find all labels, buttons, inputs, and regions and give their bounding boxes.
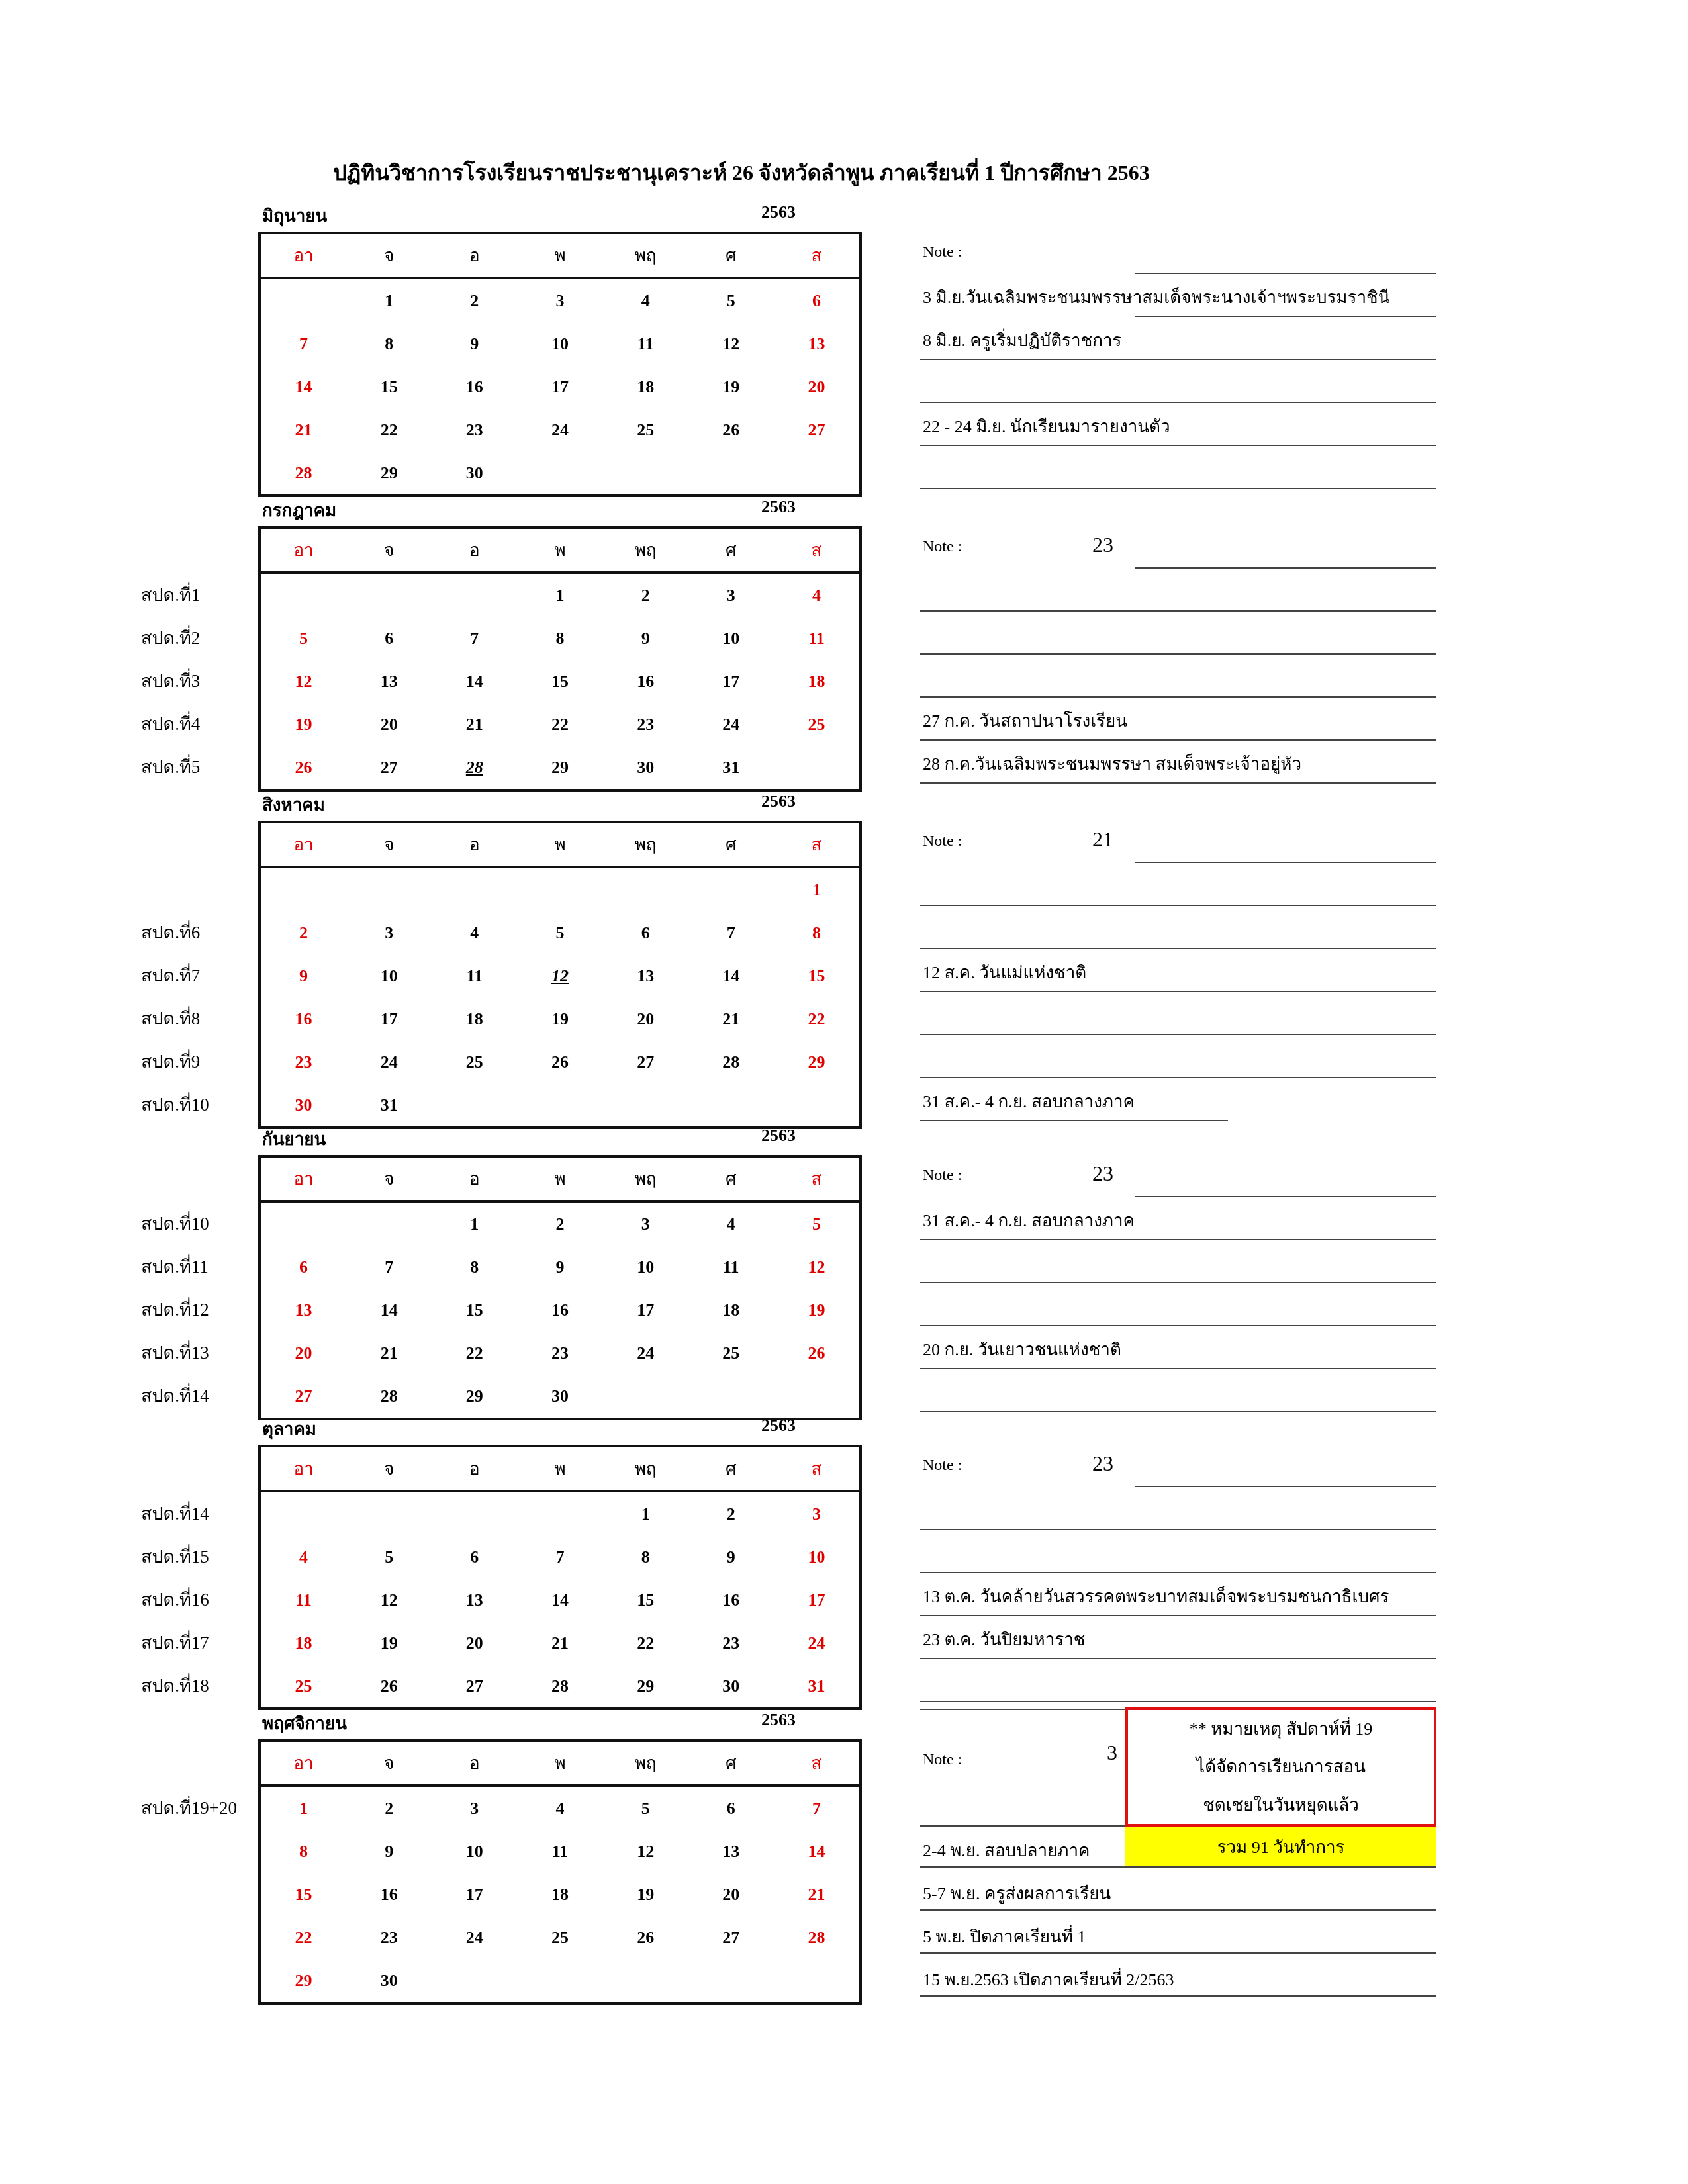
day-cell[interactable]: 5	[517, 911, 602, 954]
day-cell[interactable]: 26	[774, 1332, 859, 1375]
empty-cell	[688, 1083, 774, 1126]
day-cell[interactable]: 6	[774, 279, 859, 322]
day-cell[interactable]: 29	[517, 746, 602, 789]
day-cell[interactable]: 10	[346, 954, 432, 997]
day-cell[interactable]: 23	[346, 1916, 432, 1959]
day-cell[interactable]: 3	[603, 1203, 688, 1246]
month-calendar-5: อาจอพพฤศส1234567891011121314151617181920…	[258, 1445, 862, 1710]
day-cell[interactable]: 15	[517, 660, 602, 703]
total-working-days: รวม 91 วันทำการ	[1125, 1827, 1436, 1868]
weekday-label: จ	[346, 1158, 432, 1200]
week-number-label: สปด.ที่3	[141, 666, 200, 695]
day-cell[interactable]: 4	[603, 279, 688, 322]
empty-cell	[261, 1203, 346, 1246]
empty-cell	[774, 746, 859, 789]
week-row: 123456	[261, 279, 859, 322]
day-cell[interactable]: 28	[261, 451, 346, 494]
empty-cell	[432, 574, 517, 617]
weekday-label: พฤ	[603, 1158, 688, 1200]
day-cell[interactable]: 2	[603, 574, 688, 617]
day-cell[interactable]: 7	[688, 911, 774, 954]
week-row: 12345	[261, 1203, 859, 1246]
empty-cell	[774, 1959, 859, 2002]
day-cell[interactable]: 28	[517, 1664, 602, 1707]
empty-cell	[688, 1959, 774, 2002]
day-cell[interactable]: 17	[517, 365, 602, 408]
note-label: Note :	[923, 1457, 962, 1475]
note-entry: 22 - 24 มิ.ย. นักเรียนมารายงานตัว	[923, 413, 1170, 440]
day-cell[interactable]: 31	[346, 1083, 432, 1126]
note-entry: 8 มิ.ย. ครูเริ่มปฏิบัติราชการ	[923, 327, 1122, 354]
day-cell[interactable]: 27	[346, 746, 432, 789]
day-cell[interactable]: 31	[688, 746, 774, 789]
note-label: Note :	[923, 1167, 962, 1185]
note-entry: 3 มิ.ย.วันเฉลิมพระชนมพรรษาสมเด็จพระนางเจ…	[923, 284, 1389, 311]
day-cell[interactable]: 10	[432, 1830, 517, 1873]
note-rule	[920, 1825, 1125, 1827]
remark-line: ได้จัดการเรียนการสอน	[1196, 1753, 1366, 1780]
day-cell[interactable]: 16	[346, 1873, 432, 1916]
day-cell[interactable]: 5	[603, 1787, 688, 1830]
day-cell[interactable]: 8	[261, 1830, 346, 1873]
day-cell[interactable]: 22	[774, 997, 859, 1040]
weekday-label: อา	[261, 1742, 346, 1784]
weekday-label: ส	[774, 234, 859, 277]
day-cell[interactable]: 21	[774, 1873, 859, 1916]
weekday-label: อ	[432, 1158, 517, 1200]
month-name: ตุลาคม	[262, 1416, 316, 1443]
day-cell[interactable]: 24	[432, 1916, 517, 1959]
day-cell[interactable]: 21	[517, 1621, 602, 1664]
weekday-header: อาจอพพฤศส	[261, 823, 859, 868]
day-cell[interactable]: 17	[346, 997, 432, 1040]
day-cell[interactable]: 15	[603, 1578, 688, 1621]
day-cell[interactable]: 4	[688, 1203, 774, 1246]
day-cell[interactable]: 21	[688, 997, 774, 1040]
day-cell[interactable]: 24	[346, 1040, 432, 1083]
weekday-header: อาจอพพฤศส	[261, 234, 859, 279]
day-cell[interactable]: 30	[688, 1664, 774, 1707]
empty-cell	[346, 574, 432, 617]
day-cell[interactable]: 2	[432, 279, 517, 322]
day-cell[interactable]: 16	[261, 997, 346, 1040]
note-rule	[920, 1615, 1436, 1616]
day-cell[interactable]: 18	[517, 1873, 602, 1916]
day-cell[interactable]: 19	[346, 1621, 432, 1664]
day-cell[interactable]: 10	[774, 1535, 859, 1578]
day-cell[interactable]: 17	[603, 1289, 688, 1332]
day-cell[interactable]: 1	[261, 1787, 346, 1830]
weekday-label: จ	[346, 823, 432, 866]
day-cell[interactable]: 12	[688, 322, 774, 365]
month-name: พฤศจิกายน	[262, 1710, 347, 1737]
day-cell[interactable]: 6	[603, 911, 688, 954]
day-cell[interactable]: 12	[261, 660, 346, 703]
week-row: 25262728293031	[261, 1664, 859, 1707]
month-calendar-3: อาจอพพฤศส1234567891011121314151617181920…	[258, 821, 862, 1129]
day-cell[interactable]: 27	[774, 408, 859, 451]
weekday-label: พ	[517, 234, 602, 277]
remark-line: ** หมายเหตุ สัปดาห์ที่ 19	[1190, 1715, 1373, 1743]
week-row: 1	[261, 868, 859, 911]
note-rule	[1135, 316, 1436, 317]
empty-cell	[261, 574, 346, 617]
note-rule	[920, 1709, 1125, 1710]
weekday-label: พฤ	[603, 823, 688, 866]
day-cell[interactable]: 24	[603, 1332, 688, 1375]
month-year: 2563	[761, 1710, 796, 1730]
day-cell[interactable]: 4	[261, 1535, 346, 1578]
note-entry: 23 ต.ค. วันปิยมหาราช	[923, 1626, 1085, 1653]
weekday-label: อ	[432, 529, 517, 571]
day-cell[interactable]: 6	[688, 1787, 774, 1830]
month-name: มิถุนายน	[262, 203, 327, 230]
day-cell[interactable]: 27	[688, 1916, 774, 1959]
week-row: 9101112131415	[261, 954, 859, 997]
day-cell[interactable]: 11	[261, 1578, 346, 1621]
note-rule	[1135, 1196, 1436, 1197]
day-cell[interactable]: 16	[517, 1289, 602, 1332]
day-cell[interactable]: 22	[346, 408, 432, 451]
note-rule	[920, 1658, 1436, 1659]
week-row: 27282930	[261, 1375, 859, 1418]
week-row: 45678910	[261, 1535, 859, 1578]
day-cell[interactable]: 8	[774, 911, 859, 954]
day-cell[interactable]: 9	[603, 617, 688, 660]
note-rule	[920, 739, 1436, 741]
day-cell[interactable]: 29	[346, 451, 432, 494]
working-days-count: 23	[1092, 1451, 1113, 1476]
day-cell[interactable]: 7	[517, 1535, 602, 1578]
weekday-header: อาจอพพฤศส	[261, 1447, 859, 1492]
note-rule	[920, 445, 1436, 446]
day-cell[interactable]: 18	[688, 1289, 774, 1332]
month-year: 2563	[761, 792, 796, 811]
day-cell[interactable]: 11	[517, 1830, 602, 1873]
day-cell[interactable]: 7	[346, 1246, 432, 1289]
day-cell[interactable]: 9	[517, 1246, 602, 1289]
day-cell[interactable]: 3	[432, 1787, 517, 1830]
day-cell[interactable]: 2	[517, 1203, 602, 1246]
day-cell[interactable]: 23	[603, 703, 688, 746]
day-cell[interactable]: 24	[774, 1621, 859, 1664]
day-cell[interactable]: 7	[432, 617, 517, 660]
day-cell[interactable]: 16	[688, 1578, 774, 1621]
note-rule	[920, 610, 1436, 612]
day-cell[interactable]: 30	[261, 1083, 346, 1126]
day-cell[interactable]: 29	[603, 1664, 688, 1707]
day-cell[interactable]: 18	[261, 1621, 346, 1664]
day-cell[interactable]: 3	[517, 279, 602, 322]
day-cell[interactable]: 5	[688, 279, 774, 322]
day-cell[interactable]: 22	[261, 1916, 346, 1959]
note-rule	[920, 1239, 1436, 1240]
weekday-label: อ	[432, 823, 517, 866]
day-cell[interactable]: 28	[432, 746, 517, 789]
day-cell[interactable]: 13	[432, 1578, 517, 1621]
note-rule	[920, 991, 1436, 992]
day-cell[interactable]: 23	[261, 1040, 346, 1083]
day-cell[interactable]: 9	[346, 1830, 432, 1873]
day-cell[interactable]: 2	[346, 1787, 432, 1830]
week-number-label: สปด.ที่14	[141, 1381, 209, 1410]
day-cell[interactable]: 19	[603, 1873, 688, 1916]
week-row: 2345678	[261, 911, 859, 954]
day-cell[interactable]: 10	[688, 617, 774, 660]
day-cell[interactable]: 20	[261, 1332, 346, 1375]
empty-cell	[517, 1492, 602, 1535]
week-number-label: สปด.ที่8	[141, 1004, 200, 1032]
weekday-label: ศ	[688, 234, 774, 277]
week-row: 11121314151617	[261, 1578, 859, 1621]
day-cell[interactable]: 14	[688, 954, 774, 997]
weekday-header: อาจอพพฤศส	[261, 529, 859, 574]
day-cell[interactable]: 23	[432, 408, 517, 451]
week-row: 1234567	[261, 1787, 859, 1830]
month-year: 2563	[761, 497, 796, 517]
month-name: สิงหาคม	[262, 792, 325, 819]
day-cell[interactable]: 9	[688, 1535, 774, 1578]
day-cell[interactable]: 1	[346, 279, 432, 322]
day-cell[interactable]: 1	[603, 1492, 688, 1535]
note-rule	[920, 1701, 1436, 1702]
weekday-label: ส	[774, 1158, 859, 1200]
working-days-count: 3	[1107, 1741, 1117, 1765]
day-cell[interactable]: 23	[517, 1332, 602, 1375]
day-cell[interactable]: 30	[603, 746, 688, 789]
day-cell[interactable]: 27	[603, 1040, 688, 1083]
day-cell[interactable]: 11	[688, 1246, 774, 1289]
day-cell[interactable]: 2	[688, 1492, 774, 1535]
day-cell[interactable]: 5	[346, 1535, 432, 1578]
note-rule	[920, 359, 1436, 360]
weekday-label: พ	[517, 823, 602, 866]
remark-box: ** หมายเหตุ สัปดาห์ที่ 19ได้จัดการเรียนก…	[1125, 1707, 1436, 1827]
note-rule	[920, 1866, 1436, 1868]
day-cell[interactable]: 29	[261, 1959, 346, 2002]
day-cell[interactable]: 14	[261, 365, 346, 408]
week-number-label: สปด.ที่13	[141, 1338, 209, 1367]
day-cell[interactable]: 13	[688, 1830, 774, 1873]
day-cell[interactable]: 18	[774, 660, 859, 703]
day-cell[interactable]: 8	[432, 1246, 517, 1289]
day-cell[interactable]: 20	[774, 365, 859, 408]
day-cell[interactable]: 3	[688, 574, 774, 617]
day-cell[interactable]: 28	[346, 1375, 432, 1418]
day-cell[interactable]: 26	[603, 1916, 688, 1959]
week-number-label: สปด.ที่12	[141, 1295, 209, 1324]
day-cell[interactable]: 18	[603, 365, 688, 408]
week-number-label: สปด.ที่17	[141, 1628, 209, 1657]
day-cell[interactable]: 28	[688, 1040, 774, 1083]
week-number-label: สปด.ที่1	[141, 580, 200, 609]
day-cell[interactable]: 25	[432, 1040, 517, 1083]
day-cell[interactable]: 20	[603, 997, 688, 1040]
empty-cell	[346, 1203, 432, 1246]
day-cell[interactable]: 19	[517, 997, 602, 1040]
day-cell[interactable]: 20	[432, 1621, 517, 1664]
day-cell[interactable]: 25	[517, 1916, 602, 1959]
day-cell[interactable]: 27	[432, 1664, 517, 1707]
day-cell[interactable]: 11	[432, 954, 517, 997]
day-cell[interactable]: 8	[346, 322, 432, 365]
day-cell[interactable]: 6	[432, 1535, 517, 1578]
day-cell[interactable]: 21	[432, 703, 517, 746]
day-cell[interactable]: 11	[603, 322, 688, 365]
day-cell[interactable]: 26	[517, 1040, 602, 1083]
day-cell[interactable]: 12	[517, 954, 602, 997]
day-cell[interactable]: 8	[603, 1535, 688, 1578]
day-cell[interactable]: 12	[774, 1246, 859, 1289]
week-row: 567891011	[261, 617, 859, 660]
day-cell[interactable]: 11	[774, 617, 859, 660]
empty-cell	[603, 1083, 688, 1126]
day-cell[interactable]: 20	[688, 1873, 774, 1916]
day-cell[interactable]: 15	[346, 365, 432, 408]
month-calendar-6: อาจอพพฤศส1234567891011121314151617181920…	[258, 1739, 862, 2005]
note-entry: 12 ส.ค. วันแม่แห่งชาติ	[923, 959, 1086, 986]
day-cell[interactable]: 26	[346, 1664, 432, 1707]
week-row: 3031	[261, 1083, 859, 1126]
day-cell[interactable]: 30	[432, 451, 517, 494]
day-cell[interactable]: 4	[432, 911, 517, 954]
day-cell[interactable]: 21	[346, 1332, 432, 1375]
day-cell[interactable]: 17	[774, 1578, 859, 1621]
empty-cell	[688, 868, 774, 911]
day-cell[interactable]: 26	[261, 746, 346, 789]
day-cell[interactable]: 5	[774, 1203, 859, 1246]
day-cell[interactable]: 5	[261, 617, 346, 660]
weekday-label: พ	[517, 529, 602, 571]
day-cell[interactable]: 30	[517, 1375, 602, 1418]
day-cell[interactable]: 8	[517, 617, 602, 660]
day-cell[interactable]: 13	[346, 660, 432, 703]
day-cell[interactable]: 15	[774, 954, 859, 997]
day-cell[interactable]: 13	[261, 1289, 346, 1332]
day-cell[interactable]: 18	[432, 997, 517, 1040]
note-rule	[920, 1034, 1436, 1035]
note-rule	[920, 1529, 1436, 1530]
day-cell[interactable]: 19	[261, 703, 346, 746]
day-cell[interactable]: 4	[774, 574, 859, 617]
day-cell[interactable]: 14	[774, 1830, 859, 1873]
day-cell[interactable]: 23	[688, 1621, 774, 1664]
day-cell[interactable]: 24	[688, 703, 774, 746]
note-entry: 13 ต.ค. วันคล้ายวันสวรรคตพระบาทสมเด็จพระ…	[923, 1583, 1389, 1610]
note-rule	[920, 1282, 1436, 1283]
day-cell[interactable]: 14	[517, 1578, 602, 1621]
day-cell[interactable]: 31	[774, 1664, 859, 1707]
weekday-label: ศ	[688, 1742, 774, 1784]
day-cell[interactable]: 6	[261, 1246, 346, 1289]
day-cell[interactable]: 28	[774, 1916, 859, 1959]
day-cell[interactable]: 29	[432, 1375, 517, 1418]
empty-cell	[517, 451, 602, 494]
empty-cell	[774, 1083, 859, 1126]
day-cell[interactable]: 14	[346, 1289, 432, 1332]
working-days-count: 21	[1092, 827, 1113, 852]
day-cell[interactable]: 7	[774, 1787, 859, 1830]
weekday-label: จ	[346, 529, 432, 571]
day-cell[interactable]: 9	[261, 954, 346, 997]
day-cell[interactable]: 12	[603, 1830, 688, 1873]
week-row: 14151617181920	[261, 365, 859, 408]
day-cell[interactable]: 15	[432, 1289, 517, 1332]
day-cell[interactable]: 30	[346, 1959, 432, 2002]
week-number-label: สปด.ที่7	[141, 961, 200, 989]
weekday-label: อ	[432, 234, 517, 277]
empty-cell	[688, 451, 774, 494]
note-rule	[920, 402, 1436, 403]
day-cell[interactable]: 7	[261, 322, 346, 365]
day-cell[interactable]: 21	[261, 408, 346, 451]
weekday-label: อา	[261, 1158, 346, 1200]
note-rule	[920, 905, 1436, 906]
day-cell[interactable]: 4	[517, 1787, 602, 1830]
day-cell[interactable]: 1	[517, 574, 602, 617]
day-cell[interactable]: 6	[346, 617, 432, 660]
day-cell[interactable]: 14	[432, 660, 517, 703]
day-cell[interactable]: 1	[432, 1203, 517, 1246]
day-cell[interactable]: 2	[261, 911, 346, 954]
empty-cell	[346, 1492, 432, 1535]
day-cell[interactable]: 17	[688, 660, 774, 703]
day-cell[interactable]: 17	[432, 1873, 517, 1916]
weekday-label: พ	[517, 1447, 602, 1490]
week-row: 282930	[261, 451, 859, 494]
day-cell[interactable]: 24	[517, 408, 602, 451]
empty-cell	[432, 868, 517, 911]
day-cell[interactable]: 10	[603, 1246, 688, 1289]
weekday-label: พฤ	[603, 234, 688, 277]
note-entry: 5 พ.ย. ปิดภาคเรียนที่ 1	[923, 1923, 1086, 1950]
day-cell[interactable]: 19	[774, 1289, 859, 1332]
day-cell[interactable]: 22	[517, 703, 602, 746]
note-rule	[1135, 273, 1436, 274]
weekday-label: ส	[774, 1742, 859, 1784]
day-cell[interactable]: 3	[774, 1492, 859, 1535]
day-cell[interactable]: 9	[432, 322, 517, 365]
empty-cell	[432, 1083, 517, 1126]
day-cell[interactable]: 12	[346, 1578, 432, 1621]
day-cell[interactable]: 20	[346, 703, 432, 746]
day-cell[interactable]: 22	[432, 1332, 517, 1375]
note-rule	[920, 1909, 1436, 1911]
day-cell[interactable]: 26	[688, 408, 774, 451]
day-cell[interactable]: 16	[603, 660, 688, 703]
note-rule	[1135, 567, 1436, 569]
day-cell[interactable]: 1	[774, 868, 859, 911]
day-cell[interactable]: 25	[688, 1332, 774, 1375]
day-cell[interactable]: 3	[346, 911, 432, 954]
day-cell[interactable]: 19	[688, 365, 774, 408]
day-cell[interactable]: 10	[517, 322, 602, 365]
day-cell[interactable]: 29	[774, 1040, 859, 1083]
note-label: Note :	[923, 1751, 962, 1769]
day-cell[interactable]: 22	[603, 1621, 688, 1664]
day-cell[interactable]: 25	[603, 408, 688, 451]
month-year: 2563	[761, 1126, 796, 1146]
day-cell[interactable]: 13	[603, 954, 688, 997]
empty-cell	[432, 1492, 517, 1535]
day-cell[interactable]: 13	[774, 322, 859, 365]
week-number-label: สปด.ที่2	[141, 623, 200, 652]
day-cell[interactable]: 15	[261, 1873, 346, 1916]
day-cell[interactable]: 25	[261, 1664, 346, 1707]
day-cell[interactable]: 25	[774, 703, 859, 746]
day-cell[interactable]: 27	[261, 1375, 346, 1418]
day-cell[interactable]: 16	[432, 365, 517, 408]
